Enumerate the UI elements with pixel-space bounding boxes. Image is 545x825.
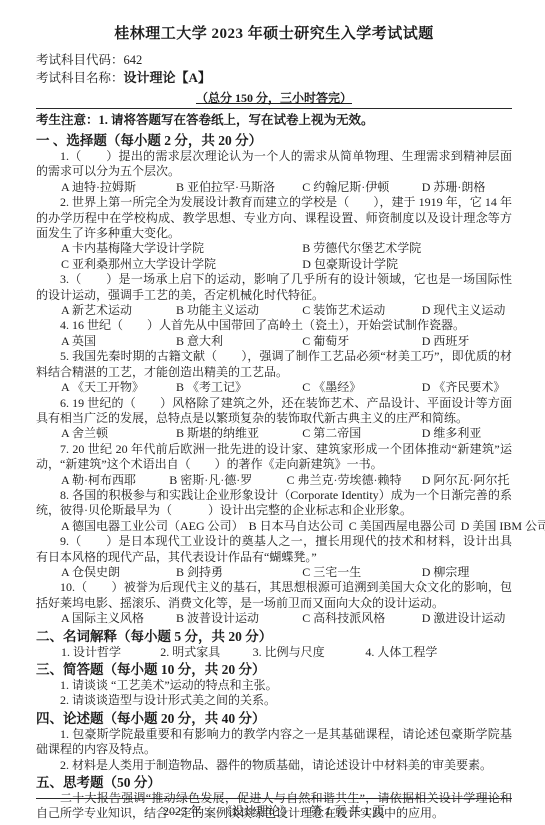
- option: 3. 比例与尺度: [253, 645, 366, 660]
- option: A 德国电器工业公司（AEG 公司）: [61, 519, 244, 534]
- question-text: 8. 各国的积极参与和实践让企业形象设计（Corporate Identity）…: [36, 488, 512, 519]
- option: B 功能主义运动: [176, 303, 302, 318]
- subject-code-line: 考试科目代码：642: [36, 52, 512, 69]
- option: A 国际主义风格: [61, 611, 176, 626]
- option: C 三宅一生: [302, 565, 422, 580]
- option: A 迪特·拉姆斯: [61, 180, 176, 195]
- candidate-notice: 考生注意：1. 请将答题写在答卷纸上，写在试卷上视为无效。: [36, 109, 512, 131]
- question-text: 6. 19 世纪的（ ）风格除了建筑之外，还在装饰艺术、产品设计、平面设计等方面…: [36, 396, 512, 427]
- option: A 勒·柯布西耶: [61, 473, 169, 488]
- option: C 葡萄牙: [302, 334, 422, 349]
- options-row: A 新艺术运动B 功能主义运动C 装饰艺术运动D 现代主义运动: [36, 303, 512, 318]
- option: C 高科技派风格: [302, 611, 422, 626]
- section-3: 三、简答题（每小题 10 分，共 20 分）1. 请谈谈 “工艺美术”运动的特点…: [36, 661, 512, 709]
- question-text: 3.（ ）是一场承上启下的运动，影响了几乎所有的设计领域，它也是一场国际性的设计…: [36, 272, 512, 303]
- option: C 亚利桑那州立大学设计学院: [61, 257, 302, 272]
- option: D 维多利亚: [422, 426, 512, 441]
- subject-name-label: 考试科目名称：: [36, 71, 124, 85]
- section-heading: 一 、选择题（每小题 2 分，共 20 分）: [36, 132, 512, 149]
- subject-name-line: 考试科目名称：设计理论【A】: [36, 69, 512, 87]
- option: 4. 人体工程学: [365, 645, 512, 660]
- options-row: A 迪特·拉姆斯B 亚伯拉罕·马斯洛C 约翰尼斯·伊顿D 苏珊·朗格: [36, 180, 512, 195]
- option: D 包豪斯设计学院: [302, 257, 512, 272]
- question-text: 5. 我国先秦时期的古籍文献（ ），强调了制作工艺品必须“材美工巧”，即优质的材…: [36, 349, 512, 380]
- question-text: 2. 请谈谈造型与设计形式美之间的关系。: [36, 693, 512, 708]
- option: B 亚伯拉罕·马斯洛: [176, 180, 302, 195]
- options-row: A 勒·柯布西耶B 密斯·凡·德·罗C 弗兰克·劳埃德·赖特D 阿尔瓦·阿尔托: [36, 473, 512, 488]
- score-note-rule: （总分 150 分，三小时答完）: [36, 89, 512, 109]
- option: B 意大利: [176, 334, 302, 349]
- options-row: A 仓俣史朗B 剑持勇C 三宅一生D 柳宗理: [36, 565, 512, 580]
- exam-paper-page: 桂林理工大学 2023 年硕士研究生入学考试试题 考试科目代码：642 考试科目…: [0, 0, 545, 825]
- option: D 柳宗理: [422, 565, 512, 580]
- section-heading: 二、名词解释（每小题 5 分，共 20 分）: [36, 628, 512, 645]
- options-row: A 《天工开物》B 《考工记》C 《墨经》D 《齐民要术》: [36, 380, 512, 395]
- option: D 阿尔瓦·阿尔托: [422, 473, 512, 488]
- section-2: 二、名词解释（每小题 5 分，共 20 分）1. 设计哲学2. 明式家具3. 比…: [36, 628, 512, 660]
- option: C 第二帝国: [302, 426, 422, 441]
- score-note: （总分 150 分，三小时答完）: [196, 91, 352, 105]
- option: B 密斯·凡·德·罗: [169, 473, 286, 488]
- options-row: 1. 设计哲学2. 明式家具3. 比例与尺度4. 人体工程学: [36, 645, 512, 660]
- option: C 装饰艺术运动: [302, 303, 422, 318]
- section-heading: 四、论述题（每小题 20 分，共 40 分）: [36, 710, 512, 727]
- option: 1. 设计哲学: [61, 645, 160, 660]
- options-row: A 国际主义风格B 波普设计运动C 高科技派风格D 激进设计运动: [36, 611, 512, 626]
- option: B 波普设计运动: [176, 611, 302, 626]
- option: C 约翰尼斯·伊顿: [302, 180, 422, 195]
- option: D 《齐民要术》: [422, 380, 512, 395]
- option: B 《考工记》: [176, 380, 302, 395]
- page-title: 桂林理工大学 2023 年硕士研究生入学考试试题: [36, 22, 512, 43]
- section-4: 四、论述题（每小题 20 分，共 40 分）1. 包豪斯学院最重要和有影响力的教…: [36, 710, 512, 773]
- subject-name-value: 设计理论【A】: [124, 70, 211, 85]
- options-row: A 卡内基梅隆大学设计学院B 劳德代尔堡艺术学院C 亚利桑那州立大学设计学院D …: [36, 241, 512, 272]
- page-footer: 2023 年 《设计理论》 第 1 页 共 1 页: [36, 798, 512, 819]
- options-row: A 英国B 意大利C 葡萄牙D 西班牙: [36, 334, 512, 349]
- option: C 《墨经》: [302, 380, 422, 395]
- sections-container: 一 、选择题（每小题 2 分，共 20 分）1.（ ）提出的需求层次理论认为一个…: [36, 132, 512, 822]
- question-text: 1. 请谈谈 “工艺美术”运动的特点和主张。: [36, 678, 512, 693]
- option: B 劳德代尔堡艺术学院: [302, 241, 512, 256]
- question-text: 10.（ ）被誉为后现代主义的基石，其思想根源可追溯到美国大众文化的影响，包括好…: [36, 580, 512, 611]
- question-text: 4. 16 世纪（ ）人首先从中国带回了高岭土（瓷土），开始尝试制作瓷器。: [36, 318, 512, 333]
- option: C 美国西屋电器公司: [349, 519, 456, 534]
- option: A 英国: [61, 334, 176, 349]
- options-row: A 德国电器工业公司（AEG 公司）B 日本马自达公司C 美国西屋电器公司D 美…: [36, 519, 512, 534]
- subject-code-label: 考试科目代码：: [36, 53, 124, 67]
- subject-code-value: 642: [124, 53, 143, 67]
- option: A 《天工开物》: [61, 380, 176, 395]
- footer-text: 2023 年 《设计理论》 第 1 页 共 1 页: [163, 804, 385, 818]
- section-heading: 五、思考题（50 分）: [36, 774, 512, 791]
- option: B 日本马自达公司: [249, 519, 344, 534]
- option: D 激进设计运动: [422, 611, 512, 626]
- question-text: 2. 世界上第一所完全为发展设计教育而建立的学校是（ ），建于 1919 年，它…: [36, 195, 512, 241]
- option: D 现代主义运动: [422, 303, 512, 318]
- option: B 斯堪的纳维亚: [176, 426, 302, 441]
- option: D 美国 IBM 公司: [461, 519, 545, 534]
- option: 2. 明式家具: [160, 645, 252, 660]
- option: D 西班牙: [422, 334, 512, 349]
- option: A 舍兰顿: [61, 426, 176, 441]
- question-text: 2. 材料是人类用于制造物品、器件的物质基础，请论述设计中材料美的审美要素。: [36, 758, 512, 773]
- option: C 弗兰克·劳埃德·赖特: [286, 473, 421, 488]
- question-text: 1. 包豪斯学院最重要和有影响力的教学内容之一是其基础课程，请论述包豪斯学院基础…: [36, 727, 512, 758]
- section-1: 一 、选择题（每小题 2 分，共 20 分）1.（ ）提出的需求层次理论认为一个…: [36, 132, 512, 627]
- option: B 剑持勇: [176, 565, 302, 580]
- options-row: A 舍兰顿B 斯堪的纳维亚C 第二帝国D 维多利亚: [36, 426, 512, 441]
- section-heading: 三、简答题（每小题 10 分，共 20 分）: [36, 661, 512, 678]
- question-text: 7. 20 世纪 20 年代前后欧洲一批先进的设计家、建筑家形成一个团体推动“新…: [36, 442, 512, 473]
- option: A 仓俣史朗: [61, 565, 176, 580]
- option: D 苏珊·朗格: [422, 180, 512, 195]
- question-text: 1.（ ）提出的需求层次理论认为一个人的需求从简单物理、生理需求到精神层面的需求…: [36, 149, 512, 180]
- option: A 卡内基梅隆大学设计学院: [61, 241, 302, 256]
- question-text: 9.（ ）是日本现代工业设计的奠基人之一，擅长用现代的技术和材料，设计出具有日本…: [36, 534, 512, 565]
- option: A 新艺术运动: [61, 303, 176, 318]
